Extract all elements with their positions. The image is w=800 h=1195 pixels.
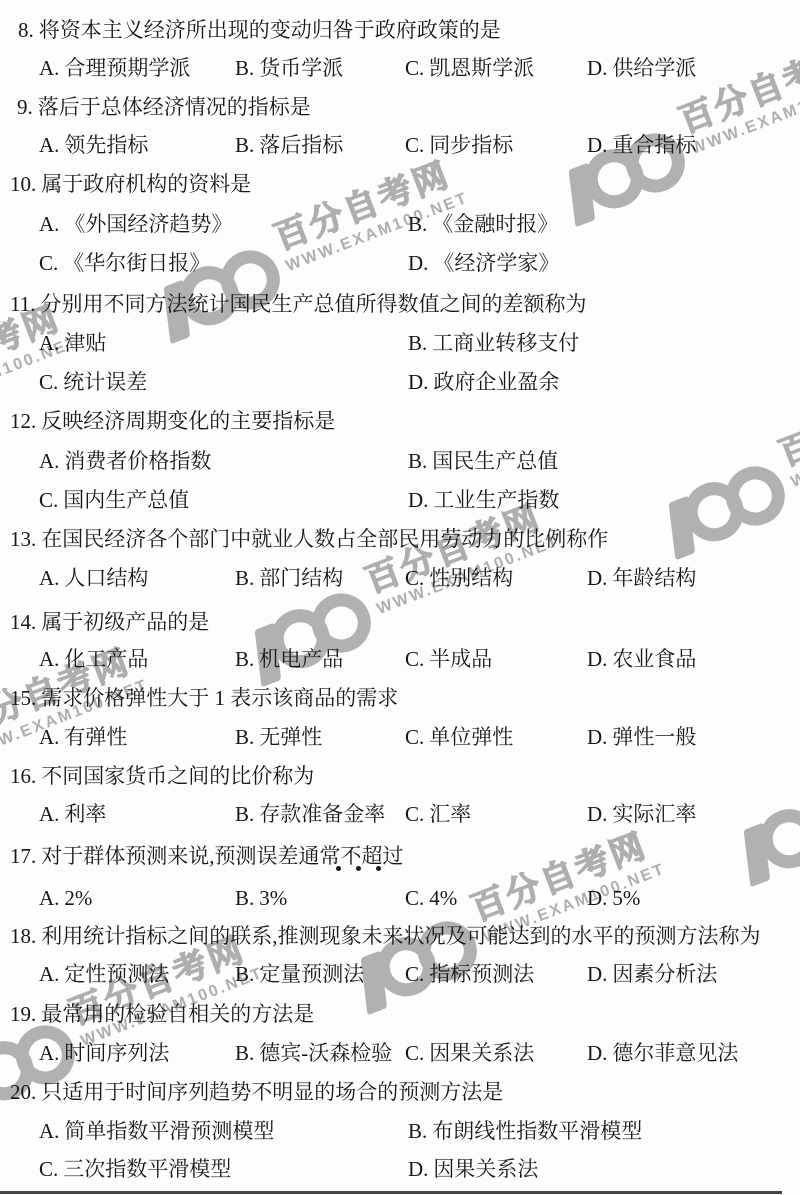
options-row: C.统计误差 D.政府企业盈余 bbox=[0, 371, 800, 395]
question-number: 9. bbox=[17, 95, 33, 119]
question-stem: 9.落后于总体经济情况的指标是 bbox=[17, 96, 311, 119]
option-a: A.人口结构 bbox=[39, 567, 148, 590]
option-c: C.汇率 bbox=[405, 803, 471, 826]
watermark-brand-text: 百分自考网 bbox=[467, 826, 661, 927]
question-stem: 19.最常用的检验自相关的方法是 bbox=[10, 1003, 314, 1026]
option-a: A.2% bbox=[39, 887, 92, 910]
question-stem: 17.对于群体预测来说,预测误差通常不超过 bbox=[10, 845, 404, 868]
option-b: B.布朗线性指数平滑模型 bbox=[408, 1120, 642, 1143]
option-a: A.时间序列法 bbox=[39, 1042, 169, 1065]
question-number: 16. bbox=[10, 764, 36, 788]
emphasis-dots bbox=[336, 866, 381, 871]
option-c: C.性别结构 bbox=[405, 567, 513, 590]
option-d: D.年龄结构 bbox=[587, 567, 696, 590]
option-c: C.指标预测法 bbox=[405, 963, 534, 986]
options-row: C.国内生产总值 D.工业生产指数 bbox=[0, 489, 800, 513]
question-text: 落后于总体经济情况的指标是 bbox=[38, 95, 311, 119]
question-text: 需求价格弹性大于 1 表示该商品的需求 bbox=[41, 686, 398, 710]
option-d: D.因素分析法 bbox=[587, 963, 717, 986]
options-row: A.合理预期学派 B.货币学派 C.凯恩斯学派 D.供给学派 bbox=[0, 57, 800, 81]
question-number: 20. bbox=[10, 1080, 36, 1104]
question-text: 在国民经济各个部门中就业人数占全部民用劳动力的比例称作 bbox=[41, 527, 608, 551]
watermark-url-text: WWW.EXAM100.NET bbox=[789, 406, 800, 492]
options-row: A.定性预测法 B.定量预测法 C.指标预测法 D.因素分析法 bbox=[0, 963, 800, 987]
option-c: C.因果关系法 bbox=[405, 1042, 534, 1065]
question-number: 10. bbox=[10, 172, 36, 196]
options-row: A.有弹性 B.无弹性 C.单位弹性 D.弹性一般 bbox=[0, 726, 800, 750]
option-d: D.供给学派 bbox=[587, 57, 696, 80]
question-stem: 14.属于初级产品的是 bbox=[10, 611, 209, 634]
option-a: A.领先指标 bbox=[39, 134, 148, 157]
question-number: 17. bbox=[10, 844, 36, 868]
option-a: A.简单指数平滑预测模型 bbox=[39, 1120, 274, 1143]
question-text: 对于群体预测来说,预测误差通常不超过 bbox=[41, 844, 403, 868]
scan-edge-line bbox=[0, 1191, 782, 1194]
options-row: A.化工产品 B.机电产品 C.半成品 D.农业食品 bbox=[0, 648, 800, 672]
options-row: A.时间序列法 B.德宾-沃森检验 C.因果关系法 D.德尔菲意见法 bbox=[0, 1042, 800, 1066]
question-number: 11. bbox=[10, 292, 35, 316]
option-a: A.合理预期学派 bbox=[39, 57, 190, 80]
option-c: C.国内生产总值 bbox=[39, 489, 189, 512]
option-d: D.德尔菲意见法 bbox=[587, 1042, 738, 1065]
question-number: 14. bbox=[10, 610, 36, 634]
options-row: A.简单指数平滑预测模型 B.布朗线性指数平滑模型 bbox=[0, 1120, 800, 1144]
option-c: C.《华尔街日报》 bbox=[39, 252, 210, 275]
exam100-logo-icon bbox=[734, 782, 800, 885]
option-a: A.定性预测法 bbox=[39, 963, 169, 986]
option-c: C.单位弹性 bbox=[405, 726, 513, 749]
option-d: D.政府企业盈余 bbox=[408, 371, 559, 394]
option-b: B.《金融时报》 bbox=[408, 213, 558, 236]
option-d: D.弹性一般 bbox=[587, 726, 696, 749]
option-b: B.货币学派 bbox=[235, 57, 343, 80]
question-number: 8. bbox=[18, 18, 34, 42]
question-text: 最常用的检验自相关的方法是 bbox=[41, 1002, 314, 1026]
options-row: A.领先指标 B.落后指标 C.同步指标 D.重合指标 bbox=[0, 134, 800, 158]
question-text: 反映经济周期变化的主要指标是 bbox=[41, 409, 335, 433]
question-number: 12. bbox=[10, 409, 36, 433]
option-c: C.同步指标 bbox=[405, 134, 513, 157]
option-d: D.《经济学家》 bbox=[408, 252, 559, 275]
option-a: A.《外国经济趋势》 bbox=[39, 213, 232, 236]
exam-paper-page: 百分自考网WWW.EXAM100.NET 百分自考网WWW.EXAM100.NE… bbox=[0, 0, 800, 1195]
option-b: B.机电产品 bbox=[235, 648, 343, 671]
question-text: 利用统计指标之间的联系,推测现象未来状况及可能达到的水平的预测方法称为 bbox=[41, 924, 760, 948]
question-number: 18. bbox=[10, 924, 36, 948]
option-d: D.工业生产指数 bbox=[408, 489, 559, 512]
options-row: C.《华尔街日报》 D.《经济学家》 bbox=[0, 252, 800, 276]
option-a: A.有弹性 bbox=[39, 726, 127, 749]
options-row: A.人口结构 B.部门结构 C.性别结构 D.年龄结构 bbox=[0, 567, 800, 591]
watermark-brand-text: 百分自考网 bbox=[675, 38, 800, 139]
question-text: 将资本主义经济所出现的变动归咎于政府政策的是 bbox=[39, 18, 501, 42]
option-b: B.工商业转移支付 bbox=[408, 332, 579, 355]
options-row: A.《外国经济趋势》 B.《金融时报》 bbox=[0, 213, 800, 237]
option-a: A.化工产品 bbox=[39, 648, 148, 671]
question-stem: 12.反映经济周期变化的主要指标是 bbox=[10, 410, 335, 433]
option-d: D.因果关系法 bbox=[408, 1158, 538, 1181]
option-d: D.农业食品 bbox=[587, 648, 696, 671]
option-c: C.三次指数平滑模型 bbox=[39, 1158, 231, 1181]
options-row: A.2% B.3% C.4% D.5% bbox=[0, 887, 800, 911]
option-a: A.利率 bbox=[39, 803, 106, 826]
options-row: C.三次指数平滑模型 D.因果关系法 bbox=[0, 1158, 800, 1182]
question-text: 只适用于时间序列趋势不明显的场合的预测方法是 bbox=[41, 1080, 503, 1104]
question-stem: 8.将资本主义经济所出现的变动归咎于政府政策的是 bbox=[18, 19, 501, 42]
option-d: D.5% bbox=[587, 887, 640, 910]
question-text: 不同国家货币之间的比价称为 bbox=[41, 764, 314, 788]
question-stem: 20.只适用于时间序列趋势不明显的场合的预测方法是 bbox=[10, 1081, 503, 1104]
option-c: C.凯恩斯学派 bbox=[405, 57, 534, 80]
option-b: B.落后指标 bbox=[235, 134, 343, 157]
option-d: D.实际汇率 bbox=[587, 803, 696, 826]
option-b: B.存款准备金率 bbox=[235, 803, 385, 826]
question-stem: 11.分别用不同方法统计国民生产总值所得数值之间的差额称为 bbox=[10, 293, 586, 316]
question-stem: 13.在国民经济各个部门中就业人数占全部民用劳动力的比例称作 bbox=[10, 528, 608, 551]
option-b: B.无弹性 bbox=[235, 726, 322, 749]
option-b: B.部门结构 bbox=[235, 567, 343, 590]
option-b: B.国民生产总值 bbox=[408, 450, 558, 473]
question-stem: 10.属于政府机构的资料是 bbox=[10, 173, 251, 196]
option-a: A.津贴 bbox=[39, 332, 106, 355]
question-number: 13. bbox=[10, 527, 36, 551]
options-row: A.消费者价格指数 B.国民生产总值 bbox=[0, 450, 800, 474]
option-c: C.半成品 bbox=[405, 648, 492, 671]
question-stem: 18.利用统计指标之间的联系,推测现象未来状况及可能达到的水平的预测方法称为 bbox=[10, 925, 761, 948]
question-number: 15. bbox=[10, 686, 36, 710]
options-row: A.利率 B.存款准备金率 C.汇率 D.实际汇率 bbox=[0, 803, 800, 827]
question-text: 属于初级产品的是 bbox=[41, 610, 209, 634]
options-row: A.津贴 B.工商业转移支付 bbox=[0, 332, 800, 356]
option-d: D.重合指标 bbox=[587, 134, 696, 157]
option-b: B.定量预测法 bbox=[235, 963, 364, 986]
option-b: B.3% bbox=[235, 887, 287, 910]
option-a: A.消费者价格指数 bbox=[39, 450, 211, 473]
question-stem: 15.需求价格弹性大于 1 表示该商品的需求 bbox=[10, 687, 398, 710]
question-text: 分别用不同方法统计国民生产总值所得数值之间的差额称为 bbox=[40, 292, 586, 316]
question-text: 属于政府机构的资料是 bbox=[41, 172, 251, 196]
option-c: C.4% bbox=[405, 887, 457, 910]
option-b: B.德宾-沃森检验 bbox=[235, 1042, 392, 1065]
option-c: C.统计误差 bbox=[39, 371, 147, 394]
question-number: 19. bbox=[10, 1002, 36, 1026]
question-stem: 16.不同国家货币之间的比价称为 bbox=[10, 765, 314, 788]
watermark-brand-text: 百分自考网 bbox=[270, 155, 464, 256]
